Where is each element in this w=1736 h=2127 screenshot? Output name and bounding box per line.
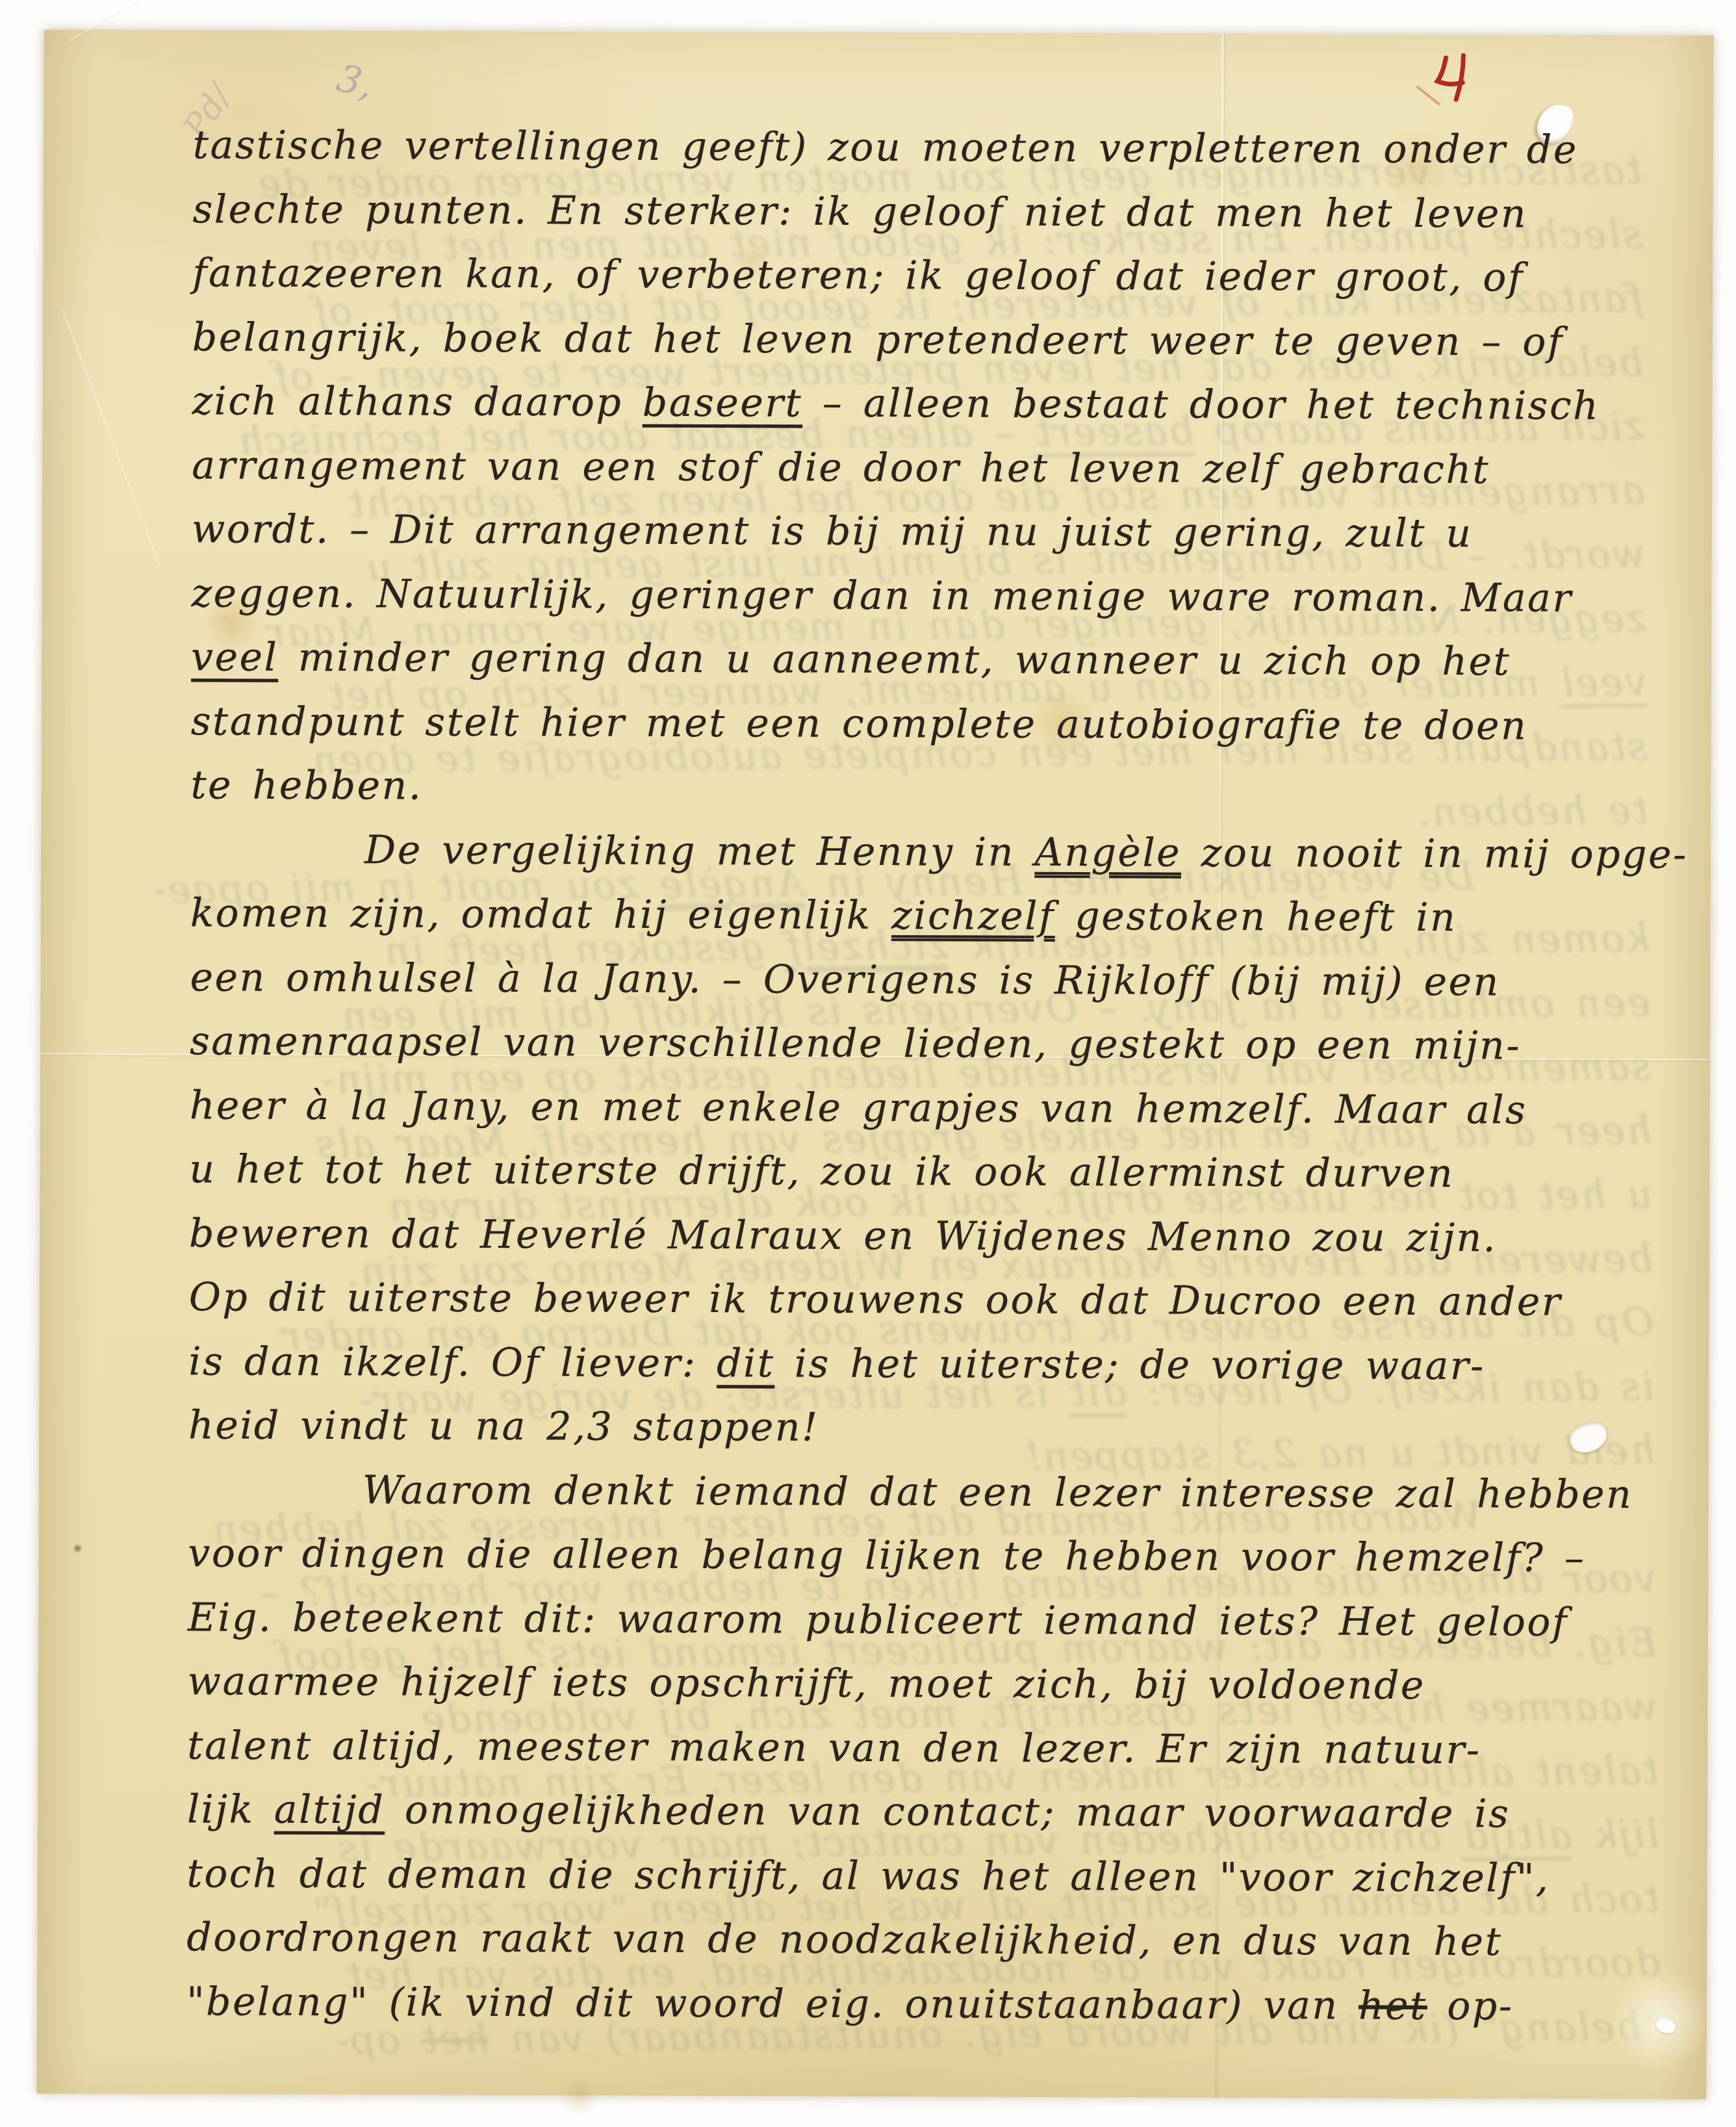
letter-line: een omhulsel à la Jany. – Overigens is R… bbox=[190, 946, 1678, 1014]
letter-text-segment: is het uiterste; de vorige waar- bbox=[774, 1341, 1485, 1389]
emphasized-word: zichzelf bbox=[891, 893, 1055, 939]
letter-text: tastische vertellingen geeft) zou moeten… bbox=[186, 113, 1681, 2039]
letter-line: veel minder gering dan u aanneemt, wanne… bbox=[191, 625, 1679, 694]
page-number-pencil-4 bbox=[1426, 51, 1478, 103]
emphasized-word: altijd bbox=[274, 1787, 385, 1833]
letter-line: waarmee hijzelf iets opschrijft, moet zi… bbox=[188, 1649, 1676, 1718]
letter-text-segment: onmogelijkheden van contact; maar voorwa… bbox=[385, 1787, 1510, 1837]
faint-corner-numeral: 3, bbox=[333, 55, 378, 107]
letter-text-segment: u het tot het uiterste drijft, zou ik oo… bbox=[189, 1146, 1454, 1196]
letter-line: heer à la Jany, en met enkele grapjes va… bbox=[190, 1074, 1678, 1142]
letter-text-segment: waarmee hijzelf iets opschrijft, moet zi… bbox=[188, 1658, 1425, 1708]
letter-text-segment: belangrijk, boek dat het leven pretendee… bbox=[192, 315, 1564, 365]
emphasized-word: het bbox=[1359, 1983, 1427, 2028]
letter-line: doordrongen raakt van de noodzakelijkhei… bbox=[186, 1905, 1674, 1974]
letter-line: De vergelijking met Henny in Angèle zou … bbox=[190, 818, 1678, 886]
letter-line: te hebben. bbox=[190, 753, 1678, 822]
letter-text-segment: standpunt stelt hier met een complete au… bbox=[191, 699, 1528, 749]
letter-line: beweren dat Heverlé Malraux en Wijdenes … bbox=[189, 1202, 1677, 1270]
letter-text-segment: wordt. – Dit arrangement is bij mij nu j… bbox=[192, 506, 1473, 556]
letter-text-segment: doordrongen raakt van de noodzakelijkhei… bbox=[186, 1914, 1502, 1965]
letter-line: Waarom denkt iemand dat een lezer intere… bbox=[188, 1458, 1676, 1527]
corner-crease bbox=[70, 0, 260, 42]
letter-line: talent altijd, meester maken van den lez… bbox=[187, 1714, 1675, 1783]
letter-line: Eig. beteekent dit: waarom publiceert ie… bbox=[188, 1586, 1676, 1655]
letter-line: tastische vertellingen geeft) zou moeten… bbox=[193, 113, 1681, 182]
letter-text-segment: Eig. beteekent dit: waarom publiceert ie… bbox=[188, 1595, 1568, 1645]
letter-line: zich althans daarop baseert – alleen bes… bbox=[192, 369, 1679, 438]
letter-text-segment: een omhulsel à la Jany. – Overigens is R… bbox=[190, 955, 1500, 1005]
letter-text-segment: heer à la Jany, en met enkele grapjes va… bbox=[190, 1083, 1527, 1133]
letter-text-segment: minder gering dan u aanneemt, wanneer u … bbox=[278, 635, 1511, 685]
letter-line: toch dat deman die schrijft, al was het … bbox=[186, 1842, 1674, 1911]
letter-text-segment: "belang" (ik vind dit woord eig. onuitst… bbox=[186, 1979, 1359, 2028]
letter-line: heid vindt u na 2,3 stappen! bbox=[188, 1393, 1676, 1462]
letter-line: Op dit uiterste beweer ik trouwens ook d… bbox=[189, 1265, 1677, 1334]
letter-text-segment: tastische vertellingen geeft) zou moeten… bbox=[193, 122, 1578, 172]
letter-line: "belang" (ik vind dit woord eig. onuitst… bbox=[186, 1970, 1674, 2039]
letter-line: u het tot het uiterste drijft, zou ik oo… bbox=[189, 1137, 1677, 1206]
letter-text-segment: zeggen. Natuurlijk, geringer dan in meni… bbox=[191, 571, 1572, 621]
letter-text-segment: samenraapsel van verschillende lieden, g… bbox=[190, 1018, 1521, 1068]
scan-background: { "document": { "kind": "handwritten-let… bbox=[0, 0, 1736, 2127]
letter-text-segment: heid vindt u na 2,3 stappen! bbox=[188, 1402, 819, 1450]
letter-text-segment: – alleen bestaat door het technisch bbox=[802, 381, 1600, 429]
letter-text-segment: voor dingen die alleen belang lijken te … bbox=[188, 1530, 1585, 1581]
letter-text-segment: komen zijn, omdat hij eigenlijk bbox=[190, 890, 892, 938]
letter-paper-sheet: tastische vertellingen geeft) zou moeten… bbox=[36, 30, 1713, 2100]
letter-line: slechte punten. En sterker: ik geloof ni… bbox=[192, 177, 1680, 246]
emphasized-word: veel bbox=[191, 634, 278, 680]
letter-text-segment: Op dit uiterste beweer ik trouwens ook d… bbox=[189, 1274, 1563, 1324]
letter-line: arrangement van een stof die door het le… bbox=[192, 433, 1679, 502]
emphasized-word: Angèle bbox=[1034, 829, 1181, 875]
letter-text-segment: zich althans daarop bbox=[192, 378, 643, 425]
letter-line: standpunt stelt hier met een complete au… bbox=[191, 690, 1679, 758]
letter-text-segment: talent altijd, meester maken van den lez… bbox=[187, 1723, 1481, 1773]
letter-line: is dan ikzelf. Of liever: dit is het uit… bbox=[188, 1330, 1676, 1399]
letter-text-segment: beweren dat Heverlé Malraux en Wijdenes … bbox=[189, 1211, 1497, 1261]
letter-text-segment: lijk bbox=[187, 1786, 274, 1832]
letter-line: belangrijk, boek dat het leven pretendee… bbox=[192, 305, 1680, 374]
letter-text-segment: gestoken heeft in bbox=[1055, 894, 1457, 940]
letter-text-segment: De vergelijking met Henny in bbox=[364, 827, 1035, 875]
letter-text-segment: fantazeeren kan, of verbeteren; ik geloo… bbox=[192, 250, 1524, 300]
letter-text-segment: slechte punten. En sterker: ik geloof ni… bbox=[192, 187, 1527, 237]
letter-text-segment: arrangement van een stof die door het le… bbox=[192, 443, 1490, 493]
emphasized-word: baseert bbox=[643, 380, 803, 426]
letter-text-segment: zou nooit in mij opge- bbox=[1181, 830, 1688, 877]
letter-line: fantazeeren kan, of verbeteren; ik geloo… bbox=[192, 241, 1680, 310]
letter-text-segment: op- bbox=[1427, 1983, 1514, 2028]
emphasized-word: dit bbox=[717, 1341, 774, 1386]
ink-spot bbox=[72, 1544, 83, 1553]
letter-line: komen zijn, omdat hij eigenlijk zichzelf… bbox=[190, 881, 1678, 950]
letter-line: wordt. – Dit arrangement is bij mij nu j… bbox=[192, 497, 1679, 566]
letter-text-segment: is dan ikzelf. Of liever: bbox=[188, 1339, 717, 1386]
letter-line: lijk altijd onmogelijkheden van contact;… bbox=[187, 1777, 1675, 1846]
letter-line: voor dingen die alleen belang lijken te … bbox=[188, 1521, 1676, 1590]
letter-line: zeggen. Natuurlijk, geringer dan in meni… bbox=[191, 561, 1679, 630]
paper-stain bbox=[556, 2078, 602, 2114]
letter-text-segment: Waarom denkt iemand dat een lezer intere… bbox=[363, 1467, 1633, 1517]
letter-text-segment: te hebben. bbox=[190, 762, 422, 808]
letter-line: samenraapsel van verschillende lieden, g… bbox=[190, 1009, 1678, 1078]
letter-text-segment: toch dat deman die schrijft, al was het … bbox=[187, 1851, 1550, 1901]
